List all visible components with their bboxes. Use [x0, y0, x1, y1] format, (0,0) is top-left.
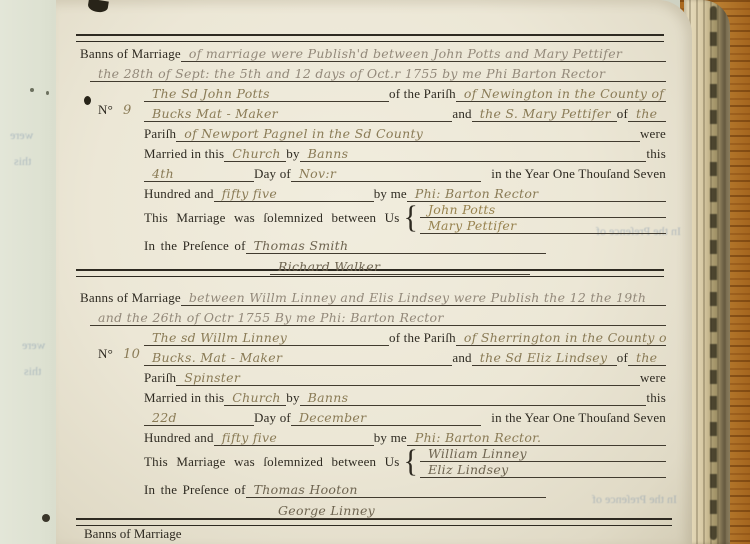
occupation-line: Bucks. Mat - Maker and the Sd Eliz Linds…: [80, 346, 666, 366]
of-the-parish-label: of the Pariſh: [389, 330, 456, 346]
were-label: were: [640, 370, 666, 386]
banns-line-2: the 28th of Sept: the 5th and 12 days of…: [80, 62, 666, 82]
groom-line: The sd Willm Linney of the Pariſh of She…: [80, 326, 666, 346]
hundred-line: Hundred and fifty five by me Phi: Barton…: [80, 182, 666, 202]
witness2-signature: Richard Walker: [270, 259, 384, 274]
bleedthrough-text: were: [10, 128, 33, 143]
groom-line: The Sd John Potts of the Pariſh of Newin…: [80, 82, 666, 102]
year-words: fifty five: [214, 430, 281, 445]
month-value: Nov:r: [291, 166, 340, 181]
presence-line: In the Preſence of Thomas Hooton: [80, 478, 666, 498]
bride-of-value: the: [628, 106, 661, 121]
parish-label: Pariſh: [144, 126, 176, 142]
officiant-signature: Phi: Barton Rector.: [407, 430, 545, 445]
solemnized-label: This Marriage was ſolemnized between Us: [144, 454, 400, 470]
groom-name: The sd Willm Linney: [144, 330, 291, 345]
solemnized-line: This Marriage was ſolemnized between Us …: [80, 202, 666, 234]
hundred-and-label: Hundred and: [144, 430, 214, 446]
witness1-signature: Thomas Hooton: [246, 482, 362, 497]
banns-entry-line1: between Willm Linney and Elis Lindsey we…: [181, 290, 650, 305]
by-label: by: [286, 146, 299, 162]
parish-line: Pariſh Spinster were: [80, 366, 666, 386]
banns-line-1: Banns of Marriage of marriage were Publi…: [80, 42, 666, 62]
day-line: 4th Day of Nov:r in the Year One Thouſan…: [80, 162, 666, 182]
spouse-signatures: William Linney Eliz Lindsey: [420, 446, 666, 478]
bride-name: the Sd Eliz Lindsey: [472, 350, 612, 365]
were-label: were: [640, 126, 666, 142]
county-occupation: Bucks. Mat - Maker: [144, 350, 286, 365]
witness2-line: Richard Walker: [80, 254, 666, 275]
parish-label: Pariſh: [144, 370, 176, 386]
witness2-line: George Linney: [80, 498, 666, 519]
spouse1-signature: William Linney: [420, 446, 531, 461]
occupation-line: Bucks Mat - Maker and the S. Mary Pettif…: [80, 102, 666, 122]
brace-glyph: {: [400, 203, 420, 232]
ink-blot: [46, 91, 49, 95]
solemnized-label: This Marriage was ſolemnized between Us: [144, 210, 400, 226]
and-label: and: [452, 350, 471, 366]
record-number-value: 10: [113, 347, 144, 362]
bleedthrough-text: were: [22, 338, 45, 353]
hundred-and-label: Hundred and: [144, 186, 214, 202]
married-place: Church: [224, 390, 285, 405]
bleedthrough-text: this: [14, 154, 31, 169]
banns-label: Banns of Marriage: [80, 46, 181, 62]
by-me-label: by me: [374, 186, 407, 202]
spouse2-signature: Eliz Lindsey: [420, 462, 513, 477]
groom-parish: of Newington in the County of: [456, 86, 666, 101]
month-value: December: [291, 410, 370, 425]
officiant-signature: Phi: Barton Rector: [407, 186, 543, 201]
parish-value: of Newport Pagnel in the Sd County: [176, 126, 427, 141]
of-label: of: [617, 106, 628, 122]
this-label: this: [646, 146, 666, 162]
spouse1-signature: John Potts: [420, 202, 500, 217]
year-tail-label: in the Year One Thouſand Seven: [481, 410, 666, 426]
page-edge-streak: [710, 6, 717, 540]
year-tail-label: in the Year One Thouſand Seven: [481, 166, 666, 182]
parish-line: Pariſh of Newport Pagnel in the Sd Count…: [80, 122, 666, 142]
married-by: Banns: [300, 390, 353, 405]
presence-label: In the Preſence of: [144, 238, 246, 254]
county-occupation: Bucks Mat - Maker: [144, 106, 282, 121]
banns-record-10: N°10 Banns of Marriage between Willm Lin…: [80, 286, 666, 519]
of-label: of: [617, 350, 628, 366]
married-by: Banns: [300, 146, 353, 161]
banns-entry-line1: of marriage were Publish'd between John …: [181, 46, 626, 61]
banns-entry-line2: the 28th of Sept: the 5th and 12 days of…: [90, 66, 609, 81]
by-me-label: by me: [374, 430, 407, 446]
by-label: by: [286, 390, 299, 406]
married-place: Church: [224, 146, 285, 161]
divider-rule: [76, 518, 672, 526]
banns-entry-line2: and the 26th of Octr 1755 By me Phi: Bar…: [90, 310, 448, 325]
married-line: Married in this Church by Banns this: [80, 142, 666, 162]
and-label: and: [452, 106, 471, 122]
of-the-parish-label: of the Pariſh: [389, 86, 456, 102]
witness2-signature: George Linney: [270, 503, 379, 518]
register-photo: were this were this In the Preſence of I…: [0, 0, 750, 544]
married-line: Married in this Church by Banns this: [80, 386, 666, 406]
banns-line-2: and the 26th of Octr 1755 By me Phi: Bar…: [80, 306, 666, 326]
married-in-this-label: Married in this: [144, 390, 224, 406]
bleedthrough-text: this: [24, 364, 41, 379]
ink-blot: [30, 88, 34, 92]
this-label: this: [646, 390, 666, 406]
day-value: 4th: [144, 166, 178, 181]
no-label: N°: [98, 102, 113, 117]
banns-line-1: Banns of Marriage between Willm Linney a…: [80, 286, 666, 306]
bride-name: the S. Mary Pettifer: [472, 106, 615, 121]
no-label: N°: [98, 346, 113, 361]
next-record-banns-label: Banns of Marriage: [84, 526, 181, 542]
day-of-label: Day of: [254, 410, 291, 426]
brace-glyph: {: [400, 447, 420, 476]
record-number: N°10: [98, 346, 144, 362]
witness1-signature: Thomas Smith: [246, 238, 353, 253]
day-line: 22d Day of December in the Year One Thou…: [80, 406, 666, 426]
groom-parish: of Sherrington in the County of: [456, 330, 666, 345]
day-of-label: Day of: [254, 166, 291, 182]
spouse2-signature: Mary Pettifer: [420, 218, 520, 233]
presence-line: In the Preſence of Thomas Smith: [80, 234, 666, 254]
day-value: 22d: [144, 410, 181, 425]
ink-blot: [42, 514, 50, 522]
parish-value: Spinster: [176, 370, 244, 385]
divider-rule: [76, 34, 664, 42]
married-in-this-label: Married in this: [144, 146, 224, 162]
year-words: fifty five: [214, 186, 281, 201]
spouse-signatures: John Potts Mary Pettifer: [420, 202, 666, 234]
groom-name: The Sd John Potts: [144, 86, 274, 101]
hundred-line: Hundred and fifty five by me Phi: Barton…: [80, 426, 666, 446]
banns-record-9: N°9 Banns of Marriage of marriage were P…: [80, 42, 666, 275]
solemnized-line: This Marriage was ſolemnized between Us …: [80, 446, 666, 478]
record-number: N°9: [98, 102, 136, 118]
bride-of-value: the: [628, 350, 661, 365]
presence-label: In the Preſence of: [144, 482, 246, 498]
record-number-value: 9: [113, 103, 136, 118]
banns-label: Banns of Marriage: [80, 290, 181, 306]
